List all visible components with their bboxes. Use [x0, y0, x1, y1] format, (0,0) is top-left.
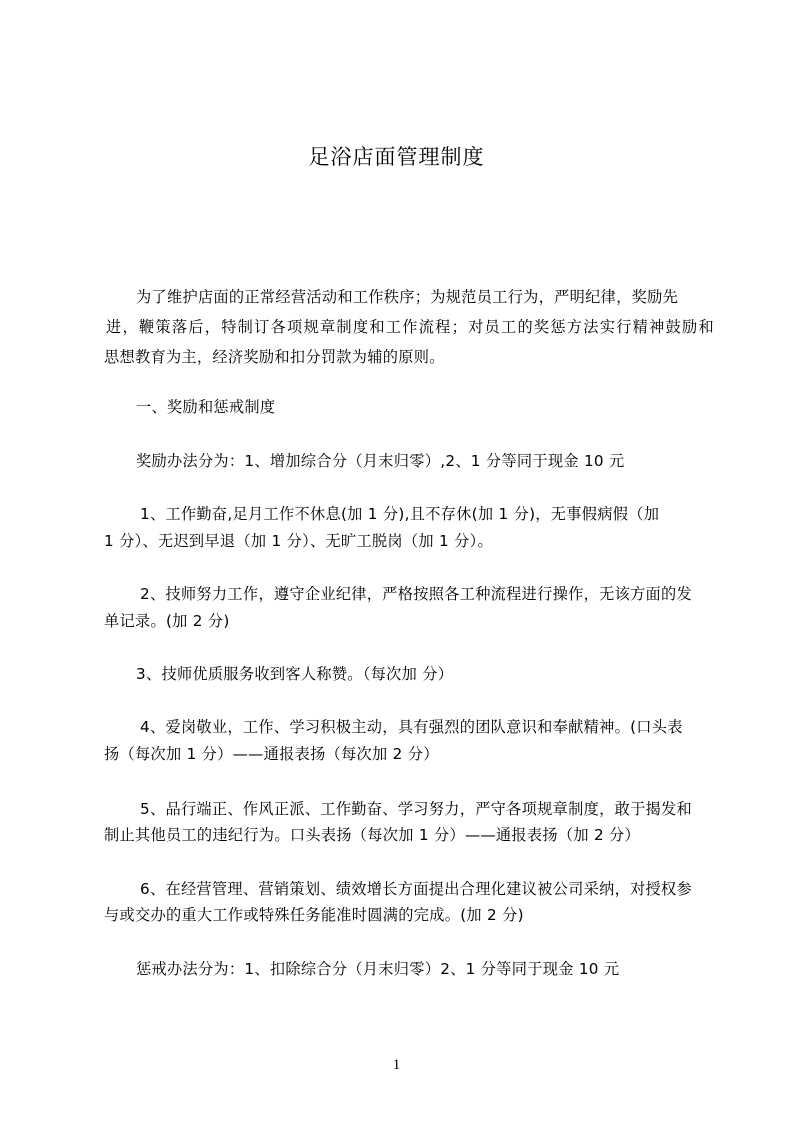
reward-item-2-line-2: 单记录。(加 2 分): [104, 608, 714, 634]
reward-item-3: 3、技师优质服务收到客人称赞。（每次加 分）: [136, 661, 746, 687]
intro-line-3: 思想教育为主，经济奖励和扣分罚款为辅的原则。: [104, 344, 714, 370]
reward-item-2-line-1: 2、技师努力工作，遵守企业纪律，严格按照各工种流程进行操作，无该方面的发: [140, 581, 750, 607]
penalty-method: 惩戒办法分为：1、扣除综合分（月末归零）2、1 分等同于现金 10 元: [136, 956, 746, 982]
section-heading: 一、奖励和惩戒制度: [136, 394, 746, 420]
reward-item-6-line-1: 6、在经营管理、营销策划、绩效增长方面提出合理化建议被公司采纳，对授权参: [140, 876, 750, 902]
reward-item-1-line-2: 1 分）、无迟到早退（加 1 分）、无旷工脱岗（加 1 分）。: [104, 528, 714, 554]
reward-item-4-line-1: 4、爱岗敬业，工作、学习积极主动，具有强烈的团队意识和奉献精神。(口头表: [140, 714, 750, 740]
reward-method: 奖励办法分为：1、增加综合分（月末归零）,2、1 分等同于现金 10 元: [136, 448, 746, 474]
intro-line-2: 进，鞭策落后，特制订各项规章制度和工作流程；对员工的奖惩方法实行精神鼓励和: [106, 314, 714, 340]
intro-line-1: 为了维护店面的正常经营活动和工作秩序；为规范员工行为，严明纪律，奖励先: [136, 284, 746, 310]
reward-item-4-line-2: 扬（每次加 1 分）——通报表扬（每次加 2 分）: [104, 741, 714, 767]
document-page: 足浴店面管理制度 为了维护店面的正常经营活动和工作秩序；为规范员工行为，严明纪律…: [0, 0, 793, 1122]
page-number: 1: [0, 1053, 793, 1077]
reward-item-1-line-1: 1、工作勤奋,足月工作不休息(加 1 分),且不存休(加 1 分)，无事假病假（…: [140, 501, 714, 527]
reward-item-6-line-2: 与或交办的重大工作或特殊任务能准时圆满的完成。(加 2 分): [104, 902, 714, 928]
reward-item-5-line-1: 5、品行端正、作风正派、工作勤奋、学习努力，严守各项规章制度，敢于揭发和: [140, 796, 750, 822]
reward-item-5-line-2: 制止其他员工的违纪行为。口头表扬（每次加 1 分）——通报表扬（加 2 分）: [104, 822, 714, 848]
document-title: 足浴店面管理制度: [0, 140, 793, 174]
